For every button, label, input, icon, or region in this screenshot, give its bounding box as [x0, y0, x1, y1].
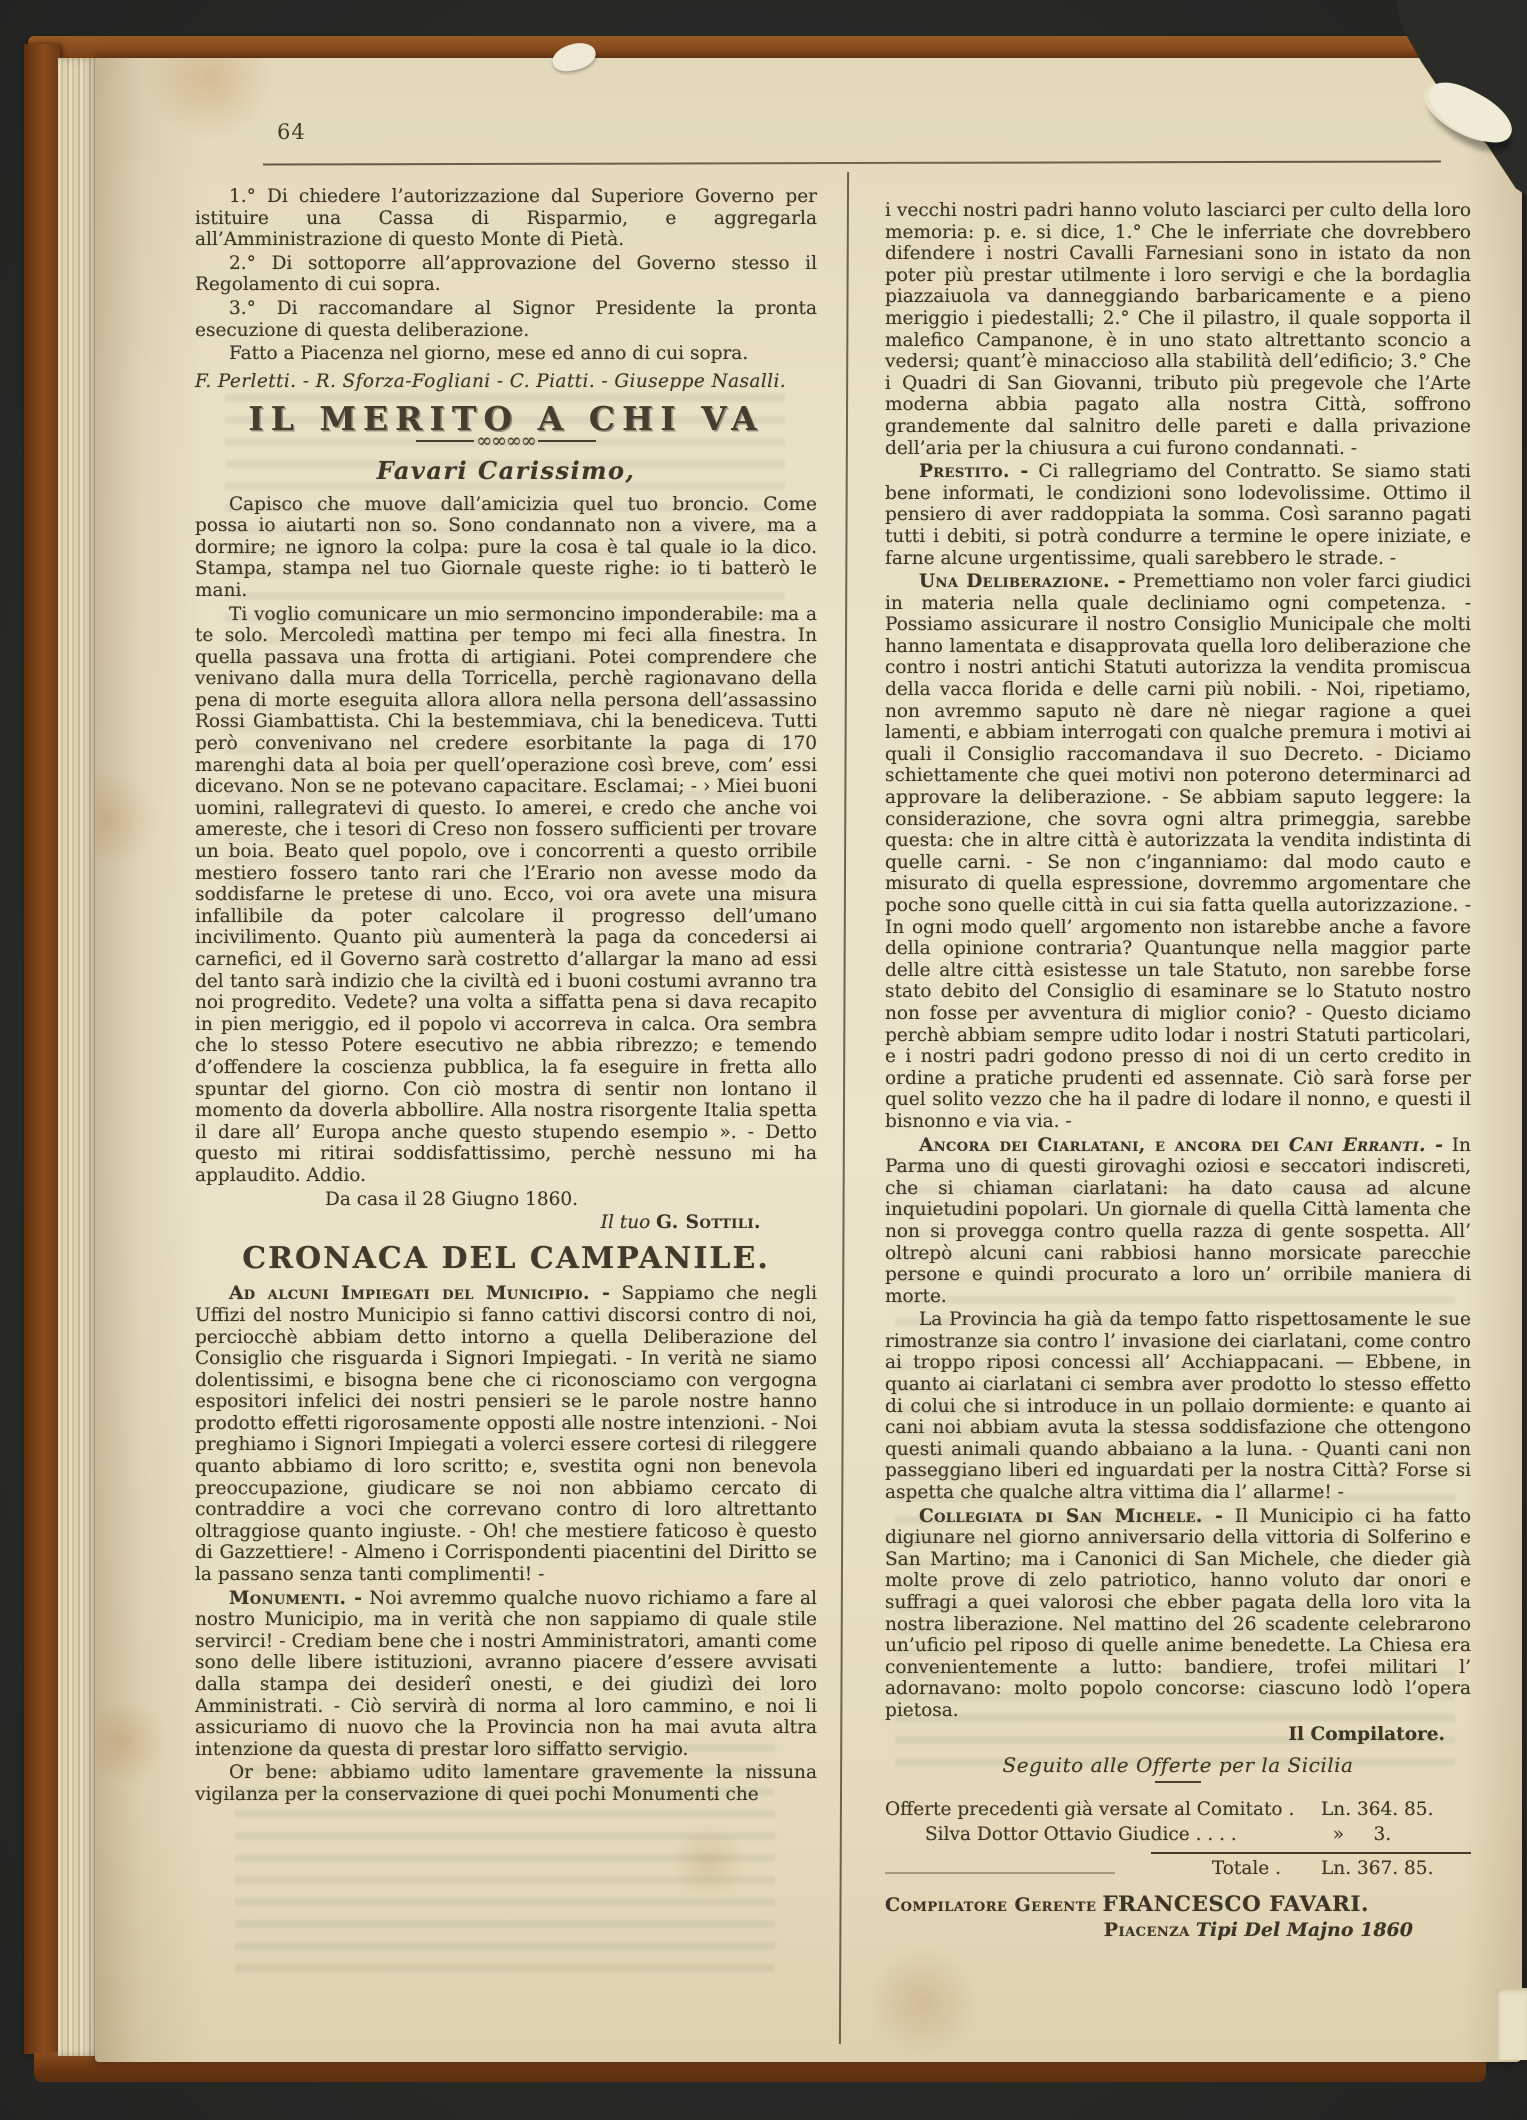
article-title: IL MERITO A CHI VA	[195, 408, 817, 430]
item-ciarlatani: Ancora dei Ciarlatani, e ancora dei Cani…	[885, 1135, 1471, 1308]
item-lead-italic: Cani Erranti. -	[1289, 1135, 1443, 1156]
item-prestito: Prestito. - Ci rallegriamo del Contratto…	[885, 461, 1471, 569]
faint-rule	[885, 1872, 1115, 1874]
resolution-item: 1.° Di chiedere l’autorizzazione dal Sup…	[195, 186, 817, 251]
header-rule	[263, 160, 1441, 165]
offers-total-row: Totale .Ln. 367. 85.	[885, 1858, 1471, 1880]
cronaca-item-continuation: Or bene: abbiamo udito lamentare graveme…	[195, 1762, 817, 1805]
signature-name: G. Sottili.	[656, 1212, 761, 1233]
gerente-name: FRANCESCO FAVARI.	[1102, 1892, 1369, 1917]
item-collegiata: Collegiata di San Michele. - Il Municipi…	[885, 1506, 1471, 1722]
continuation-paragraph: i vecchi nostri padri hanno voluto lasci…	[885, 200, 1471, 459]
ornament-glyphs: ∞∞∞∞	[474, 436, 537, 446]
item-lead: Collegiata di San Michele. -	[919, 1506, 1223, 1527]
total-amount: Ln. 367. 85.	[1321, 1858, 1471, 1880]
cronaca-item-impiegati: Ad alcuni Impiegati del Municipio. - Sap…	[195, 1283, 817, 1585]
column-divider-rule	[839, 172, 849, 2044]
offer-label: Offerte precedenti già versate al Comita…	[885, 1799, 1294, 1821]
gerente-label: Compilatore Gerente	[885, 1894, 1096, 1916]
total-label: Totale .	[1212, 1858, 1281, 1880]
sum-rule	[1151, 1852, 1471, 1854]
scanned-newspaper-page: 64 1.° Di chiedere l’autorizzazione dal …	[0, 0, 1527, 2120]
article-paragraph: Ti voglio comunicare un mio sermoncino i…	[195, 604, 817, 1187]
offer-label: Silva Dottor Ottavio Giudice . . . .	[885, 1824, 1237, 1846]
imprint-place: Piacenza	[1104, 1919, 1190, 1941]
right-column: i vecchi nostri padri hanno voluto lasci…	[885, 200, 1471, 1944]
offer-amount: Ln. 364. 85.	[1321, 1799, 1471, 1821]
article-dateline: Da casa il 28 Giugno 1860.	[195, 1189, 817, 1211]
ornament-line	[416, 440, 474, 442]
offers-row: Silva Dottor Ottavio Giudice . . . . » 3…	[885, 1824, 1471, 1846]
signature-prefix: Il tuo	[601, 1212, 651, 1233]
resolution-item: 2.° Di sottoporre all’approvazione del G…	[195, 253, 817, 296]
signatures-line: F. Perletti. - R. Sforza-Fogliani - C. P…	[195, 371, 817, 393]
left-column: 1.° Di chiedere l’autorizzazione dal Sup…	[195, 186, 817, 1808]
book-spine-edge	[24, 44, 60, 2054]
imprint-place-line: Piacenza Tipi Del Majno 1860	[885, 1920, 1471, 1942]
item-text: Il Municipio ci ha fatto digiunare nel g…	[885, 1506, 1471, 1721]
newspaper-page: 64 1.° Di chiedere l’autorizzazione dal …	[95, 58, 1522, 2062]
closing-formula: Fatto a Piacenza nel giorno, mese ed ann…	[195, 343, 817, 365]
item-provincia: La Provincia ha già da tempo fatto rispe…	[885, 1309, 1471, 1503]
ornament-line	[538, 440, 596, 442]
item-text: Premettiamo non voler farci giudici in m…	[885, 571, 1471, 1132]
offers-heading-rule	[1155, 1781, 1201, 1783]
item-lead: Una Deliberazione. -	[919, 571, 1126, 592]
item-lead: Monumenti. -	[229, 1588, 362, 1609]
article-salutation: Favari Carissimo,	[195, 460, 817, 482]
offers-heading: Seguito alle Offerte per la Sicilia	[885, 1755, 1471, 1777]
imprint-tipografia: Tipi Del Majno 1860	[1196, 1919, 1413, 1941]
item-lead: Prestito. -	[919, 461, 1029, 482]
article-signature: Il tuo G. Sottili.	[195, 1212, 817, 1234]
item-text: In Parma uno di questi girovaghi oziosi …	[885, 1135, 1471, 1307]
article-paragraph: Capisco che muove dall’amicizia quel tuo…	[195, 494, 817, 602]
item-text: Noi avremmo qualche nuovo richiamo a far…	[195, 1588, 817, 1760]
item-lead: Ad alcuni Impiegati del Municipio. -	[229, 1283, 610, 1304]
cronaca-title: CRONACA DEL CAMPANILE.	[195, 1248, 817, 1270]
item-deliberazione: Una Deliberazione. - Premettiamo non vol…	[885, 571, 1471, 1132]
compiler-signature: Il Compilatore.	[885, 1724, 1471, 1746]
imprint-line: Compilatore Gerente FRANCESCO FAVARI.	[885, 1894, 1471, 1917]
item-lead: Ancora dei Ciarlatani, e ancora dei	[919, 1135, 1289, 1156]
offer-amount: » 3.	[1321, 1824, 1471, 1846]
cronaca-item-monumenti: Monumenti. - Noi avremmo qualche nuovo r…	[195, 1588, 817, 1761]
offers-row: Offerte precedenti già versate al Comita…	[885, 1799, 1471, 1821]
page-number: 64	[277, 120, 306, 144]
item-text: Sappiamo che negli Uffizi del nostro Mun…	[195, 1283, 817, 1585]
underlying-page-corner	[1496, 1988, 1527, 2060]
resolution-item: 3.° Di raccomandare al Signor Presidente…	[195, 298, 817, 341]
